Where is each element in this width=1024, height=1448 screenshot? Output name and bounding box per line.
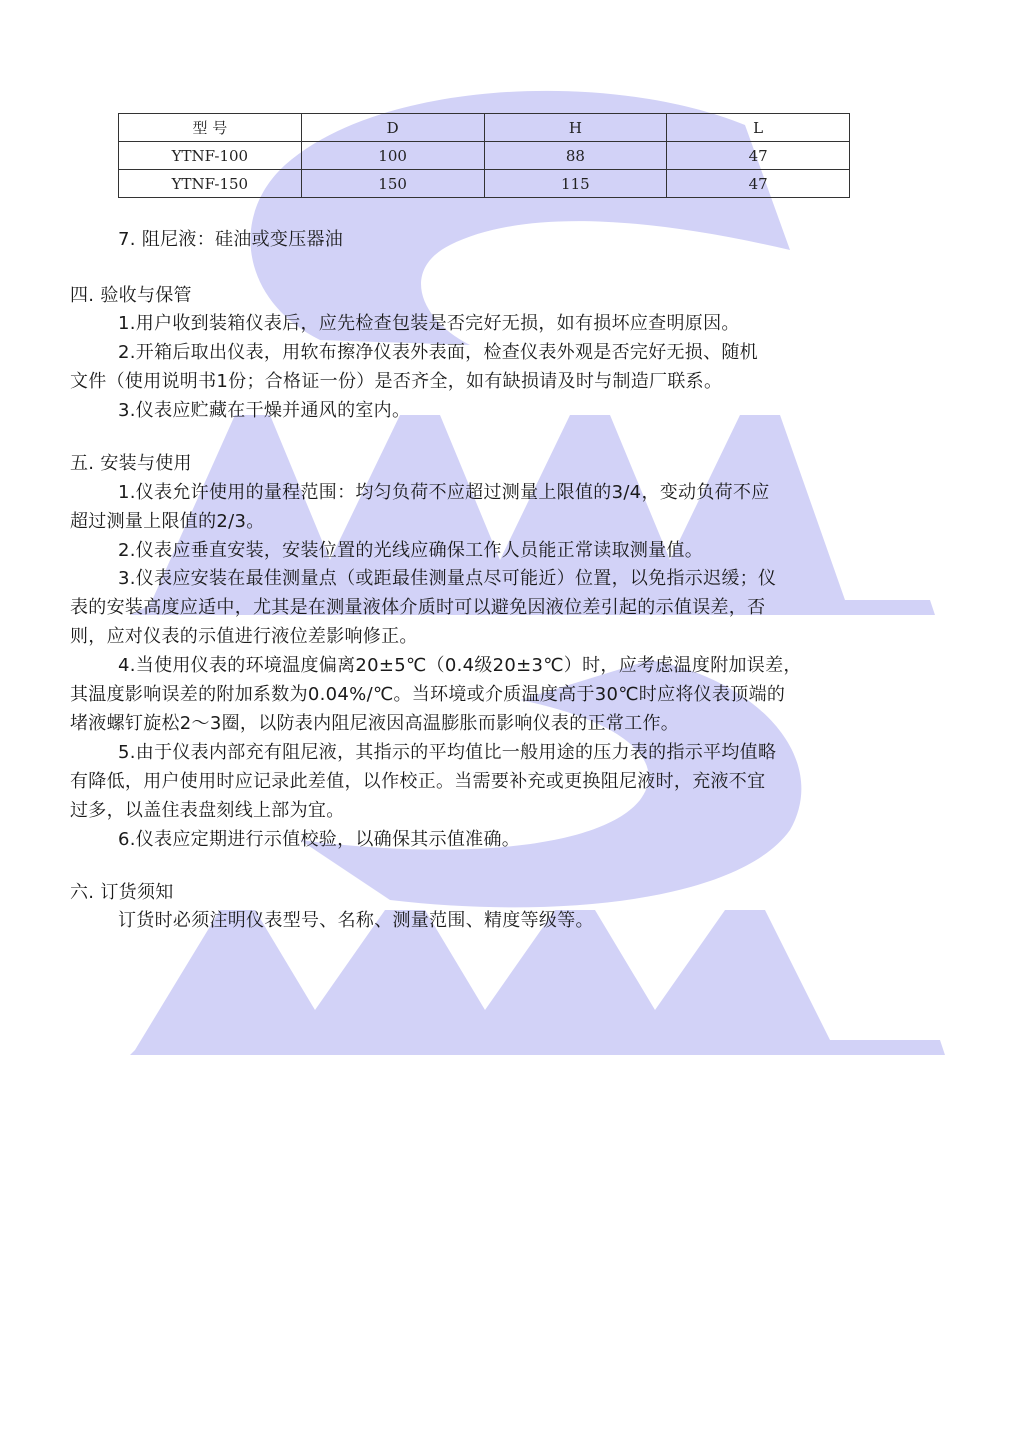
paragraph-line: 订货时必须注明仪表型号、名称、测量范围、精度等级等。 xyxy=(118,908,594,934)
table-cell: YTNF-100 xyxy=(119,142,302,170)
paragraph-line: 1.用户收到装箱仪表后，应先检查包装是否完好无损，如有损坏应查明原因。 xyxy=(118,311,740,337)
paragraph-line: 堵液螺钉旋松2～3圈，以防表内阻尼液因高温膨胀而影响仪表的正常工作。 xyxy=(70,711,679,737)
paragraph-line: 4.当使用仪表的环境温度偏离20±5℃（0.4级20±3℃）时，应考虑温度附加误… xyxy=(118,653,802,679)
table-cell: 88 xyxy=(484,142,667,170)
paragraph-line: 其温度影响误差的附加系数为0.04%/℃。当环境或介质温度高于30℃时应将仪表顶… xyxy=(70,682,785,708)
header-cell: 型 号 xyxy=(119,114,302,142)
spec-table: 型 号 D H L YTNF-100 100 88 47 YTNF-150 15… xyxy=(118,113,850,198)
section-4-title: 四. 验收与保管 xyxy=(70,283,192,309)
table-row: YTNF-100 100 88 47 xyxy=(119,142,850,170)
table-header-row: 型 号 D H L xyxy=(119,114,850,142)
paragraph-line: 超过测量上限值的2/3。 xyxy=(70,509,265,535)
table-cell: 115 xyxy=(484,170,667,198)
paragraph-line: 1.仪表允许使用的量程范围：均匀负荷不应超过测量上限值的3/4，变动负荷不应 xyxy=(118,480,770,506)
paragraph-line: 表的安装高度应适中，尤其是在测量液体介质时可以避免因液位差引起的示值误差，否 xyxy=(70,595,765,621)
header-cell: L xyxy=(667,114,850,142)
paragraph-line: 3.仪表应安装在最佳测量点（或距最佳测量点尽可能近）位置，以免指示迟缓；仪 xyxy=(118,566,776,592)
paragraph-line: 2.开箱后取出仪表，用软布擦净仪表外表面，检查仪表外观是否完好无损、随机 xyxy=(118,340,758,366)
paragraph-line: 文件（使用说明书1份；合格证一份）是否齐全，如有缺损请及时与制造厂联系。 xyxy=(70,369,722,395)
table-cell: 150 xyxy=(301,170,484,198)
section-6-title: 六. 订货须知 xyxy=(70,880,174,906)
table-cell: YTNF-150 xyxy=(119,170,302,198)
header-cell: D xyxy=(301,114,484,142)
table-cell: 47 xyxy=(667,170,850,198)
paragraph-line: 3.仪表应贮藏在干燥并通风的室内。 xyxy=(118,398,410,424)
paragraph-line: 则，应对仪表的示值进行液位差影响修正。 xyxy=(70,624,418,650)
table-cell: 47 xyxy=(667,142,850,170)
paragraph-line: 6.仪表应定期进行示值校验，以确保其示值准确。 xyxy=(118,827,520,853)
table-cell: 100 xyxy=(301,142,484,170)
table-row: YTNF-150 150 115 47 xyxy=(119,170,850,198)
paragraph-line: 有降低，用户使用时应记录此差值，以作校正。当需要补充或更换阻尼液时，充液不宜 xyxy=(70,769,765,795)
item-7-text: 7. 阻尼液：硅油或变压器油 xyxy=(118,227,343,253)
paragraph-line: 2.仪表应垂直安装，安装位置的光线应确保工作人员能正常读取测量值。 xyxy=(118,538,703,564)
header-cell: H xyxy=(484,114,667,142)
paragraph-line: 过多，以盖住表盘刻线上部为宜。 xyxy=(70,798,345,824)
paragraph-line: 5.由于仪表内部充有阻尼液，其指示的平均值比一般用途的压力表的指示平均值略 xyxy=(118,740,776,766)
section-5-title: 五. 安装与使用 xyxy=(70,451,192,477)
